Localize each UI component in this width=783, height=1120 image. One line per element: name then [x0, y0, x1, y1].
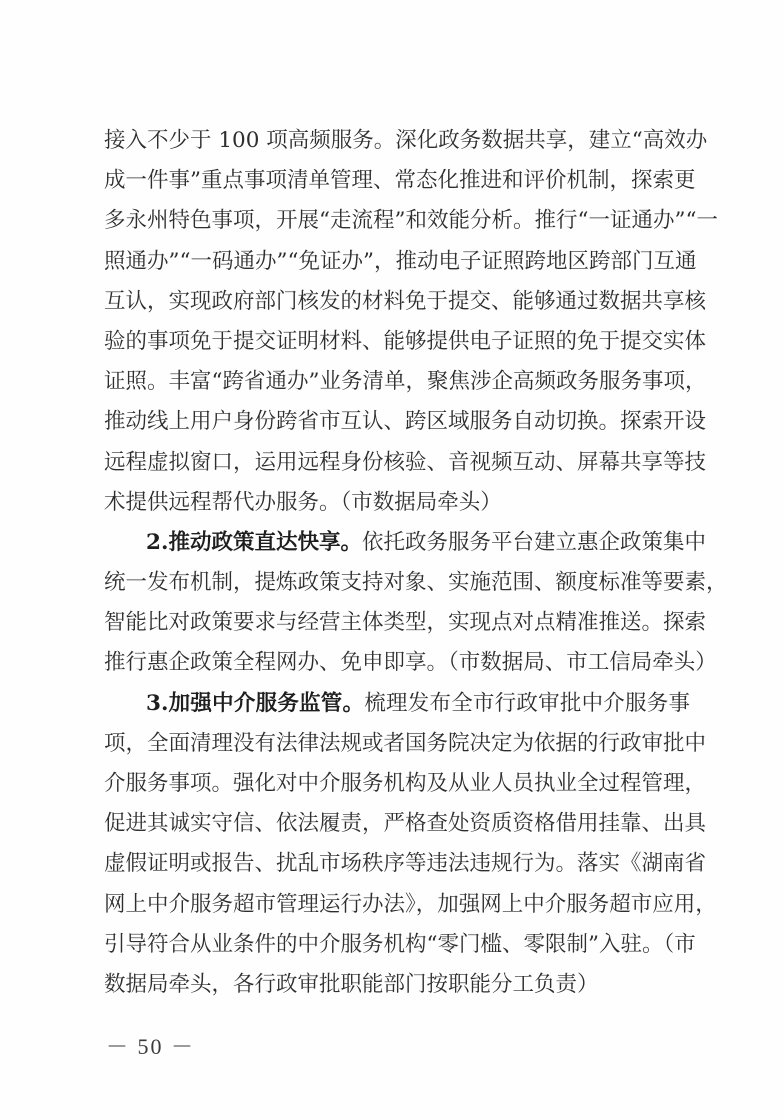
text-line: 术提供远程帮代办服务。（市数据局牵头）: [104, 483, 690, 523]
text-line: 项，全面清理没有法律法规或者国务院决定为依据的行政审批中: [104, 724, 690, 764]
text-line: 验的事项免于提交证明材料、能够提供电子证照的免于提交实体: [104, 322, 690, 362]
document-page: 接入不少于 100 项高频服务。深化政务数据共享，建立“高效办 成一件事”重点事…: [0, 0, 783, 1120]
page-number: － 50 －: [106, 1030, 195, 1061]
text-line: 推行惠企政策全程网办、免申即享。（市数据局、市工信局牵头）: [104, 643, 690, 683]
text-line: 数据局牵头，各行政审批职能部门按职能分工负责）: [104, 965, 690, 1005]
text-line: 多永州特色事项，开展“走流程”和效能分析。推行“一证通办”“一: [104, 201, 690, 241]
paragraph-1: 接入不少于 100 项高频服务。深化政务数据共享，建立“高效办 成一件事”重点事…: [104, 121, 690, 523]
text-line: 引导符合从业条件的中介服务机构“零门槛、零限制”入驻。（市: [104, 925, 690, 965]
text-line: 远程虚拟窗口，运用远程身份核验、音视频互动、屏幕共享等技: [104, 443, 690, 483]
text-line: 证照。丰富“跨省通办”业务清单，聚焦涉企高频政务服务事项，: [104, 362, 690, 402]
text-run: 梳理发布全市行政审批中介服务事: [364, 691, 690, 716]
paragraph-first-line: 3.加强中介服务监管。梳理发布全市行政审批中介服务事: [104, 684, 690, 724]
paragraph-3: 3.加强中介服务监管。梳理发布全市行政审批中介服务事 项，全面清理没有法律法规或…: [104, 684, 690, 1006]
text-line: 虚假证明或报告、扰乱市场秩序等违法违规行为。落实《湖南省: [104, 844, 690, 884]
text-line: 成一件事”重点事项清单管理、常态化推进和评价机制，探索更: [104, 161, 690, 201]
text-line: 网上中介服务超市管理运行办法》，加强网上中介服务超市应用，: [104, 885, 690, 925]
text-line: 智能比对政策要求与经营主体类型，实现点对点精准推送。探索: [104, 603, 690, 643]
section-heading: 2.推动政策直达快享。: [146, 530, 362, 555]
text-line: 推动线上用户身份跨省市互认、跨区域服务自动切换。探索开设: [104, 402, 690, 442]
text-line: 统一发布机制，提炼政策支持对象、实施范围、额度标准等要素，: [104, 563, 690, 603]
paragraph-first-line: 2.推动政策直达快享。依托政务服务平台建立惠企政策集中: [104, 523, 690, 563]
section-heading: 3.加强中介服务监管。: [146, 691, 364, 716]
text-run: 依托政务服务平台建立惠企政策集中: [362, 530, 706, 555]
text-line: 促进其诚实守信、依法履责，严格查处资质资格借用挂靠、出具: [104, 804, 690, 844]
text-line: 介服务事项。强化对中介服务机构及从业人员执业全过程管理，: [104, 764, 690, 804]
paragraph-2: 2.推动政策直达快享。依托政务服务平台建立惠企政策集中 统一发布机制，提炼政策支…: [104, 523, 690, 684]
text-line: 互认，实现政府部门核发的材料免于提交、能够通过数据共享核: [104, 282, 690, 322]
text-line: 接入不少于 100 项高频服务。深化政务数据共享，建立“高效办: [104, 121, 690, 161]
text-line: 照通办”“一码通办”“免证办”，推动电子证照跨地区跨部门互通: [104, 242, 690, 282]
document-body: 接入不少于 100 项高频服务。深化政务数据共享，建立“高效办 成一件事”重点事…: [104, 121, 690, 1005]
